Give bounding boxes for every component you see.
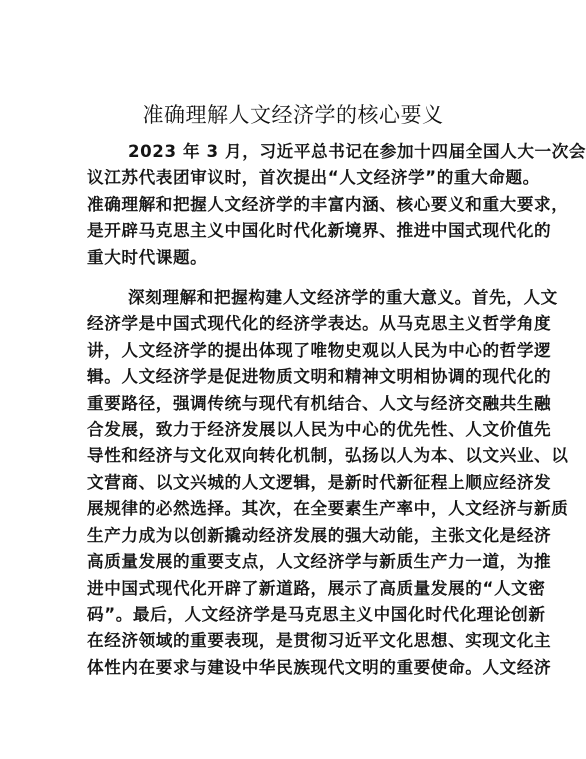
paragraph-1: 2023 年 3 月，习近平总书记在参加十四届全国人大一次会 议江苏代表团审议时… bbox=[87, 139, 503, 271]
paragraph-line: 重要路径，强调传统与现代有机结合、人文与经济交融共生融 bbox=[87, 391, 503, 417]
document-title: 准确理解人文经济学的核心要义 bbox=[0, 101, 586, 129]
paragraph-line: 2023 年 3 月，习近平总书记在参加十四届全国人大一次会 bbox=[87, 139, 503, 165]
paragraph-line: 进中国式现代化开辟了新道路，展示了高质量发展的“人文密 bbox=[87, 576, 503, 602]
paragraph-line: 导性和经济与文化双向转化机制，弘扬以人为本、以文兴业、以 bbox=[87, 443, 503, 469]
paragraph-line: 合发展，致力于经济发展以人民为中心的优先性、人文价值先 bbox=[87, 417, 503, 443]
document-page: 准确理解人文经济学的核心要义 2023 年 3 月，习近平总书记在参加十四届全国… bbox=[0, 0, 586, 759]
paragraph-line: 在经济领域的重要表现，是贯彻习近平文化思想、实现文化主 bbox=[87, 628, 503, 654]
paragraph-line: 准确理解和把握人文经济学的丰富内涵、核心要义和重大要求， bbox=[87, 192, 503, 218]
paragraph-line: 体性内在要求与建设中华民族现代文明的重要使命。人文经济 bbox=[87, 655, 503, 681]
paragraph-line: 生产力成为以创新撬动经济发展的强大动能，主张文化是经济 bbox=[87, 523, 503, 549]
paragraph-line: 码”。最后，人文经济学是马克思主义中国化时代化理论创新 bbox=[87, 602, 503, 628]
paragraph-line: 讲，人文经济学的提出体现了唯物史观以人民为中心的哲学逻 bbox=[87, 338, 503, 364]
paragraph-line: 经济学是中国式现代化的经济学表达。从马克思主义哲学角度 bbox=[87, 311, 503, 337]
paragraph-line: 重大时代课题。 bbox=[87, 245, 503, 271]
paragraph-line: 展规律的必然选择。其次，在全要素生产率中，人文经济与新质 bbox=[87, 496, 503, 522]
paragraph-2: 深刻理解和把握构建人文经济学的重大意义。首先，人文 经济学是中国式现代化的经济学… bbox=[87, 285, 503, 681]
paragraph-line: 高质量发展的重要支点，人文经济学与新质生产力一道，为推 bbox=[87, 549, 503, 575]
document-body: 2023 年 3 月，习近平总书记在参加十四届全国人大一次会 议江苏代表团审议时… bbox=[87, 139, 503, 681]
paragraph-line: 辑。人文经济学是促进物质文明和精神文明相协调的现代化的 bbox=[87, 364, 503, 390]
paragraph-line: 文营商、以文兴城的人文逻辑，是新时代新征程上顺应经济发 bbox=[87, 470, 503, 496]
paragraph-line: 议江苏代表团审议时，首次提出“人文经济学”的重大命题。 bbox=[87, 165, 503, 191]
paragraph-line: 深刻理解和把握构建人文经济学的重大意义。首先，人文 bbox=[87, 285, 503, 311]
paragraph-line: 是开辟马克思主义中国化时代化新境界、推进中国式现代化的 bbox=[87, 218, 503, 244]
